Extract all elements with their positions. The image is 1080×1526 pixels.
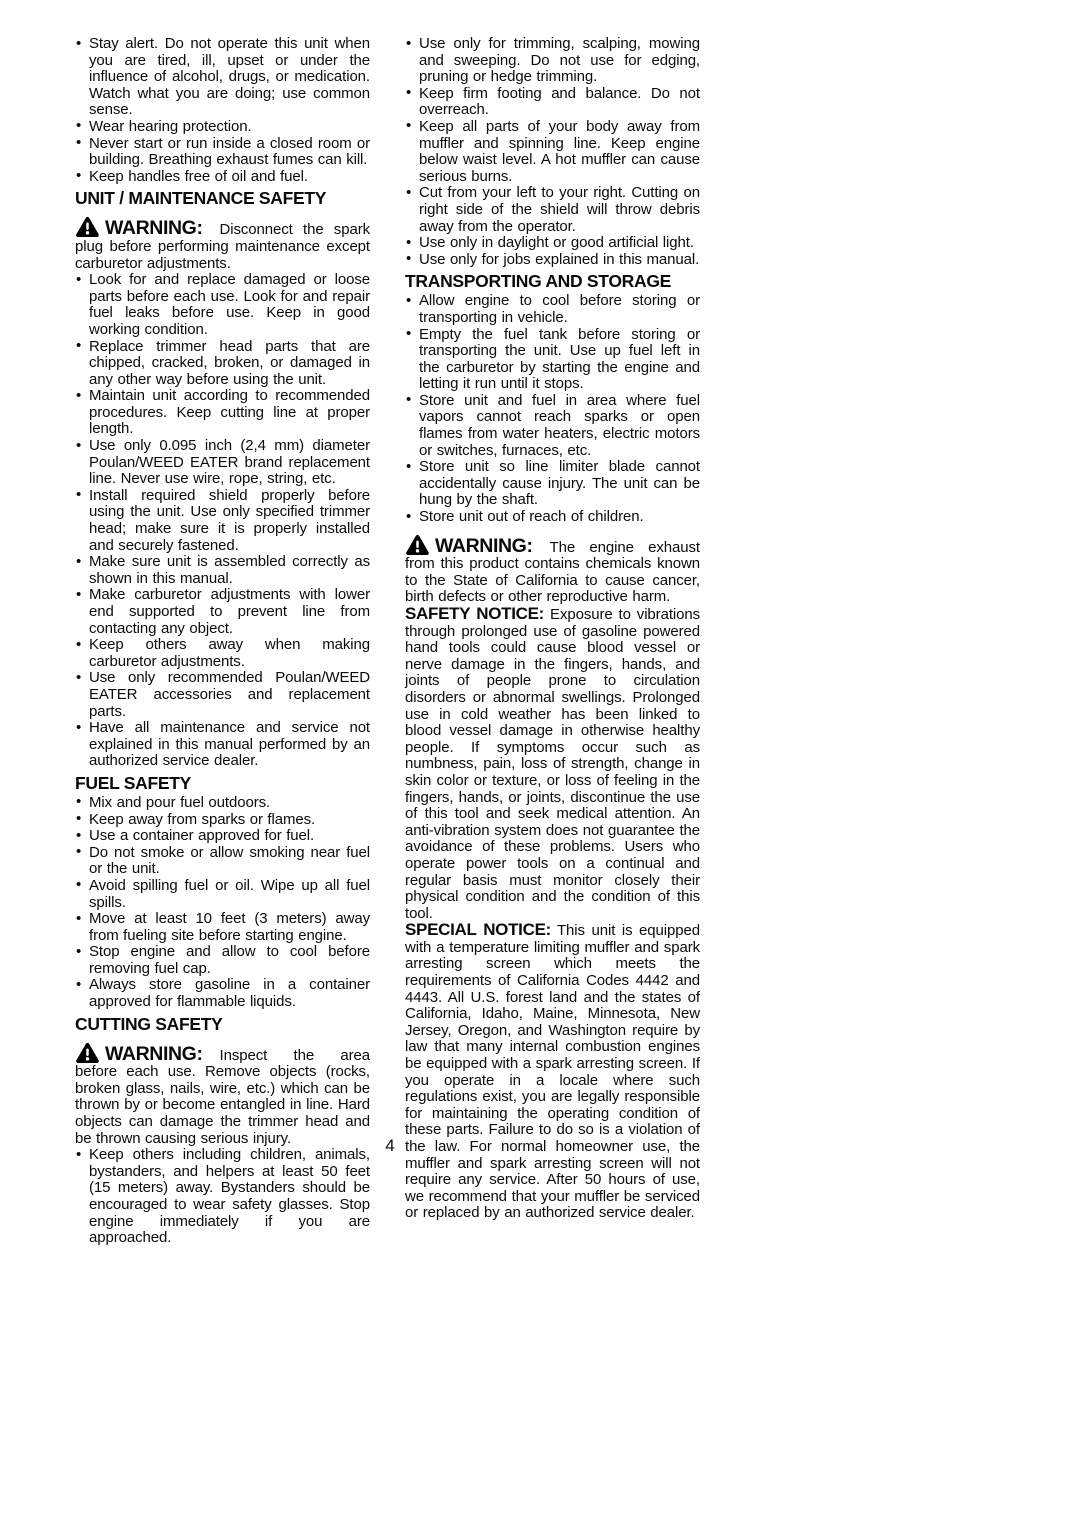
- bullet-item: •Look for and replace damaged or loose p…: [75, 272, 370, 338]
- bullet-text: Make carburetor adjustments with lower e…: [89, 586, 370, 636]
- bullet-item: •Keep all parts of your body away from m…: [405, 119, 700, 185]
- bullet-item: •Have all maintenance and service not ex…: [75, 720, 370, 770]
- bullet-text: Wear hearing protection.: [89, 118, 252, 135]
- bullet-icon: •: [76, 828, 81, 845]
- warning-triangle-icon: [405, 534, 430, 556]
- bullet-icon: •: [76, 911, 81, 928]
- bullet-icon: •: [406, 392, 411, 409]
- bullet-item: •Keep handles free of oil and fuel.: [75, 169, 370, 186]
- bullet-text: Keep away from sparks or flames.: [89, 811, 315, 828]
- bullet-icon: •: [406, 36, 411, 53]
- bullet-icon: •: [76, 272, 81, 289]
- bullet-icon: •: [76, 438, 81, 455]
- bullet-item: •Make carburetor adjustments with lower …: [75, 587, 370, 637]
- bullet-list: •Stay alert. Do not operate this unit wh…: [75, 36, 370, 185]
- warning-paragraph: WARNING:The engine exhaust from this pro…: [405, 534, 700, 606]
- bullet-item: •Cut from your left to your right. Cutti…: [405, 185, 700, 235]
- bullet-icon: •: [76, 720, 81, 737]
- bullet-icon: •: [76, 794, 81, 811]
- bullet-item: •Keep away from sparks or flames.: [75, 812, 370, 829]
- bullet-icon: •: [76, 637, 81, 654]
- bullet-list: •Mix and pour fuel outdoors.•Keep away f…: [75, 795, 370, 1011]
- bullet-text: Never start or run inside a closed room …: [89, 135, 370, 169]
- bullet-item: •Never start or run inside a closed room…: [75, 136, 370, 169]
- warning-triangle-icon: [75, 216, 100, 238]
- bullet-text: Store unit so line limiter blade cannot …: [419, 458, 700, 508]
- bullet-item: •Use only in daylight or good artificial…: [405, 235, 700, 252]
- bullet-item: •Keep others away when making carburetor…: [75, 637, 370, 670]
- bullet-item: •Make sure unit is assembled correctly a…: [75, 554, 370, 587]
- bullet-item: •Stay alert. Do not operate this unit wh…: [75, 36, 370, 119]
- bullet-text: Stop engine and allow to cool before rem…: [89, 943, 370, 977]
- bullet-icon: •: [406, 509, 411, 526]
- bullet-text: Avoid spilling fuel or oil. Wipe up all …: [89, 877, 370, 911]
- bullet-icon: •: [76, 811, 81, 828]
- warning-paragraph: WARNING:Inspect the area before each use…: [75, 1042, 370, 1148]
- notice-text: Exposure to vibrations through prolonged…: [405, 606, 700, 922]
- warning-triangle-icon: [75, 1042, 100, 1064]
- bullet-icon: •: [406, 85, 411, 102]
- bullet-text: Do not smoke or allow smoking near fuel …: [89, 844, 370, 878]
- bullet-text: Install required shield properly before …: [89, 487, 370, 554]
- bullet-item: •Use a container approved for fuel.: [75, 828, 370, 845]
- bullet-icon: •: [406, 251, 411, 268]
- bullet-item: •Mix and pour fuel outdoors.: [75, 795, 370, 812]
- notice-label: SPECIAL NOTICE:: [405, 920, 551, 939]
- warning-label: WARNING:: [435, 535, 533, 557]
- two-column-layout: •Stay alert. Do not operate this unit wh…: [75, 36, 705, 1247]
- bullet-text: Use only in daylight or good artificial …: [419, 234, 694, 251]
- bullet-icon: •: [76, 587, 81, 604]
- bullet-icon: •: [76, 844, 81, 861]
- bullet-icon: •: [76, 670, 81, 687]
- bullet-text: Always store gasoline in a container app…: [89, 976, 370, 1010]
- warning-paragraph: WARNING:Disconnect the spark plug before…: [75, 216, 370, 272]
- notice-label: SAFETY NOTICE:: [405, 604, 544, 623]
- bullet-list: •Use only for trimming, scalping, mowing…: [405, 36, 700, 268]
- bullet-list: •Look for and replace damaged or loose p…: [75, 272, 370, 770]
- bullet-text: Use only for jobs explained in this manu…: [419, 251, 699, 268]
- bullet-item: •Install required shield properly before…: [75, 488, 370, 554]
- bullet-item: •Use only 0.095 inch (2,4 mm) diameter P…: [75, 438, 370, 488]
- section-heading: FUEL SAFETY: [75, 773, 370, 793]
- warning-label: WARNING:: [105, 1043, 203, 1065]
- bullet-text: Keep others away when making carburetor …: [89, 636, 370, 670]
- bullet-text: Keep firm footing and balance. Do not ov…: [419, 85, 700, 119]
- notice-paragraph: SPECIAL NOTICE:This unit is equipped wit…: [405, 922, 700, 1222]
- bullet-text: Store unit out of reach of children.: [419, 508, 644, 525]
- bullet-text: Cut from your left to your right. Cuttin…: [419, 184, 700, 234]
- bullet-text: Keep others including children, animals,…: [89, 1146, 370, 1246]
- bullet-icon: •: [76, 168, 81, 185]
- bullet-item: •Use only recommended Poulan/WEED EATER …: [75, 670, 370, 720]
- bullet-item: •Avoid spilling fuel or oil. Wipe up all…: [75, 878, 370, 911]
- page-number: 4: [75, 1136, 705, 1156]
- bullet-text: Replace trimmer head parts that are chip…: [89, 338, 370, 388]
- bullet-icon: •: [76, 135, 81, 152]
- bullet-icon: •: [406, 326, 411, 343]
- bullet-text: Use a container approved for fuel.: [89, 827, 314, 844]
- bullet-icon: •: [76, 118, 81, 135]
- bullet-list: •Allow engine to cool before storing or …: [405, 293, 700, 525]
- bullet-item: •Move at least 10 feet (3 meters) away f…: [75, 911, 370, 944]
- bullet-icon: •: [406, 118, 411, 135]
- bullet-item: •Keep firm footing and balance. Do not o…: [405, 86, 700, 119]
- bullet-icon: •: [76, 977, 81, 994]
- bullet-text: Use only 0.095 inch (2,4 mm) diameter Po…: [89, 437, 370, 487]
- bullet-icon: •: [76, 36, 81, 53]
- bullet-icon: •: [76, 487, 81, 504]
- bullet-item: •Maintain unit according to recommended …: [75, 388, 370, 438]
- bullet-item: •Stop engine and allow to cool before re…: [75, 944, 370, 977]
- document-content: •Stay alert. Do not operate this unit wh…: [75, 36, 705, 1247]
- bullet-item: •Empty the fuel tank before storing or t…: [405, 327, 700, 393]
- bullet-text: Move at least 10 feet (3 meters) away fr…: [89, 910, 370, 944]
- bullet-item: •Wear hearing protection.: [75, 119, 370, 136]
- bullet-text: Allow engine to cool before storing or t…: [419, 292, 700, 326]
- bullet-text: Empty the fuel tank before storing or tr…: [419, 326, 700, 393]
- bullet-icon: •: [76, 388, 81, 405]
- bullet-icon: •: [76, 877, 81, 894]
- section-heading: UNIT / MAINTENANCE SAFETY: [75, 188, 370, 208]
- bullet-icon: •: [76, 944, 81, 961]
- bullet-item: •Do not smoke or allow smoking near fuel…: [75, 845, 370, 878]
- bullet-item: •Keep others including children, animals…: [75, 1147, 370, 1247]
- bullet-text: Use only for trimming, scalping, mowing …: [419, 35, 700, 85]
- bullet-icon: •: [406, 185, 411, 202]
- bullet-list: •Keep others including children, animals…: [75, 1147, 370, 1247]
- warning-label: WARNING:: [105, 217, 203, 239]
- left-column: •Stay alert. Do not operate this unit wh…: [75, 36, 370, 1247]
- bullet-icon: •: [406, 235, 411, 252]
- bullet-icon: •: [406, 293, 411, 310]
- bullet-item: •Allow engine to cool before storing or …: [405, 293, 700, 326]
- bullet-text: Maintain unit according to recommended p…: [89, 387, 370, 437]
- bullet-text: Mix and pour fuel outdoors.: [89, 794, 270, 811]
- bullet-item: •Store unit so line limiter blade cannot…: [405, 459, 700, 509]
- right-column: •Use only for trimming, scalping, mowing…: [405, 36, 700, 1247]
- bullet-text: Keep handles free of oil and fuel.: [89, 168, 308, 185]
- bullet-text: Make sure unit is assembled correctly as…: [89, 553, 370, 587]
- bullet-text: Look for and replace damaged or loose pa…: [89, 271, 370, 338]
- bullet-item: •Always store gasoline in a container ap…: [75, 977, 370, 1010]
- bullet-text: Have all maintenance and service not exp…: [89, 719, 370, 769]
- bullet-item: •Store unit out of reach of children.: [405, 509, 700, 526]
- bullet-icon: •: [76, 338, 81, 355]
- section-heading: TRANSPORTING AND STORAGE: [405, 271, 700, 291]
- bullet-text: Stay alert. Do not operate this unit whe…: [89, 35, 370, 118]
- bullet-icon: •: [76, 554, 81, 571]
- section-heading: CUTTING SAFETY: [75, 1014, 370, 1034]
- bullet-text: Store unit and fuel in area where fuel v…: [419, 392, 700, 459]
- manual-page: { "page": { "number": "4", "bullet_glyph…: [0, 0, 1080, 1526]
- bullet-icon: •: [406, 459, 411, 476]
- bullet-text: Keep all parts of your body away from mu…: [419, 118, 700, 185]
- bullet-text: Use only recommended Poulan/WEED EATER a…: [89, 669, 370, 719]
- bullet-item: •Use only for trimming, scalping, mowing…: [405, 36, 700, 86]
- notice-paragraph: SAFETY NOTICE:Exposure to vibrations thr…: [405, 606, 700, 922]
- bullet-item: •Use only for jobs explained in this man…: [405, 252, 700, 269]
- bullet-item: •Replace trimmer head parts that are chi…: [75, 339, 370, 389]
- notice-text: This unit is equipped with a temperature…: [405, 922, 700, 1221]
- bullet-item: •Store unit and fuel in area where fuel …: [405, 393, 700, 459]
